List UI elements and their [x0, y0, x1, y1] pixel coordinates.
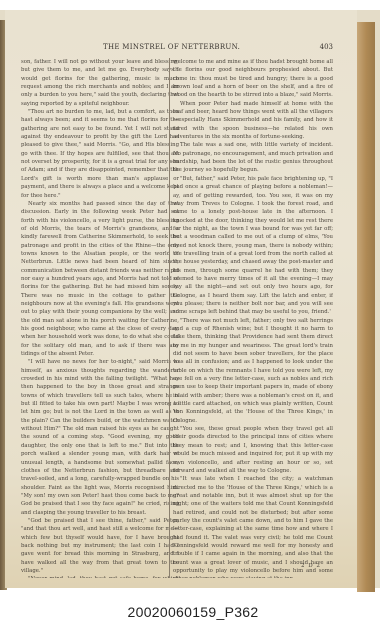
left-column: son, father. I will not go without your …: [21, 58, 179, 578]
image-caption: 20020060159_P362: [0, 604, 386, 620]
paragraph: When poor Peter had made himself at home…: [173, 100, 333, 142]
paragraph: "You see, these great people when they t…: [173, 425, 333, 475]
book-fore-edge: [357, 22, 375, 592]
page-number: 403: [320, 43, 333, 51]
paragraph: Nearly six months had passed since the d…: [21, 200, 179, 359]
scanned-book-page: THE MINSTREL OF NETTERBRUN. 403 son, fat…: [0, 10, 380, 588]
paragraph: "God be praised that I see thine, father…: [21, 517, 179, 575]
paragraph: "I will have no news for her to-night," …: [21, 358, 179, 517]
paragraph: "There was not much left, father; only t…: [173, 317, 333, 425]
paragraph: "But, father," said Peter, his pale face…: [173, 175, 333, 317]
page-paper: THE MINSTREL OF NETTERBRUN. 403 son, fat…: [5, 10, 357, 588]
running-title: THE MINSTREL OF NETTERBRUN.: [103, 43, 240, 51]
paragraph: The tale was a sad one, with little vari…: [173, 141, 333, 174]
paragraph: welcome to me and mine as if thou hadst …: [173, 58, 333, 100]
paragraph: son, father. I will not go without your …: [21, 58, 179, 108]
paragraph: "Never mind, lad, thou hast got safe hom…: [21, 575, 179, 578]
right-column: welcome to me and mine as if thou hadst …: [173, 58, 333, 578]
page-header: THE MINSTREL OF NETTERBRUN. 403: [25, 43, 333, 53]
column-divider: [169, 58, 170, 578]
paragraph: "Thou art no burden to me, lad, but a co…: [21, 108, 179, 200]
signature-mark: 2 D 2: [301, 563, 321, 569]
